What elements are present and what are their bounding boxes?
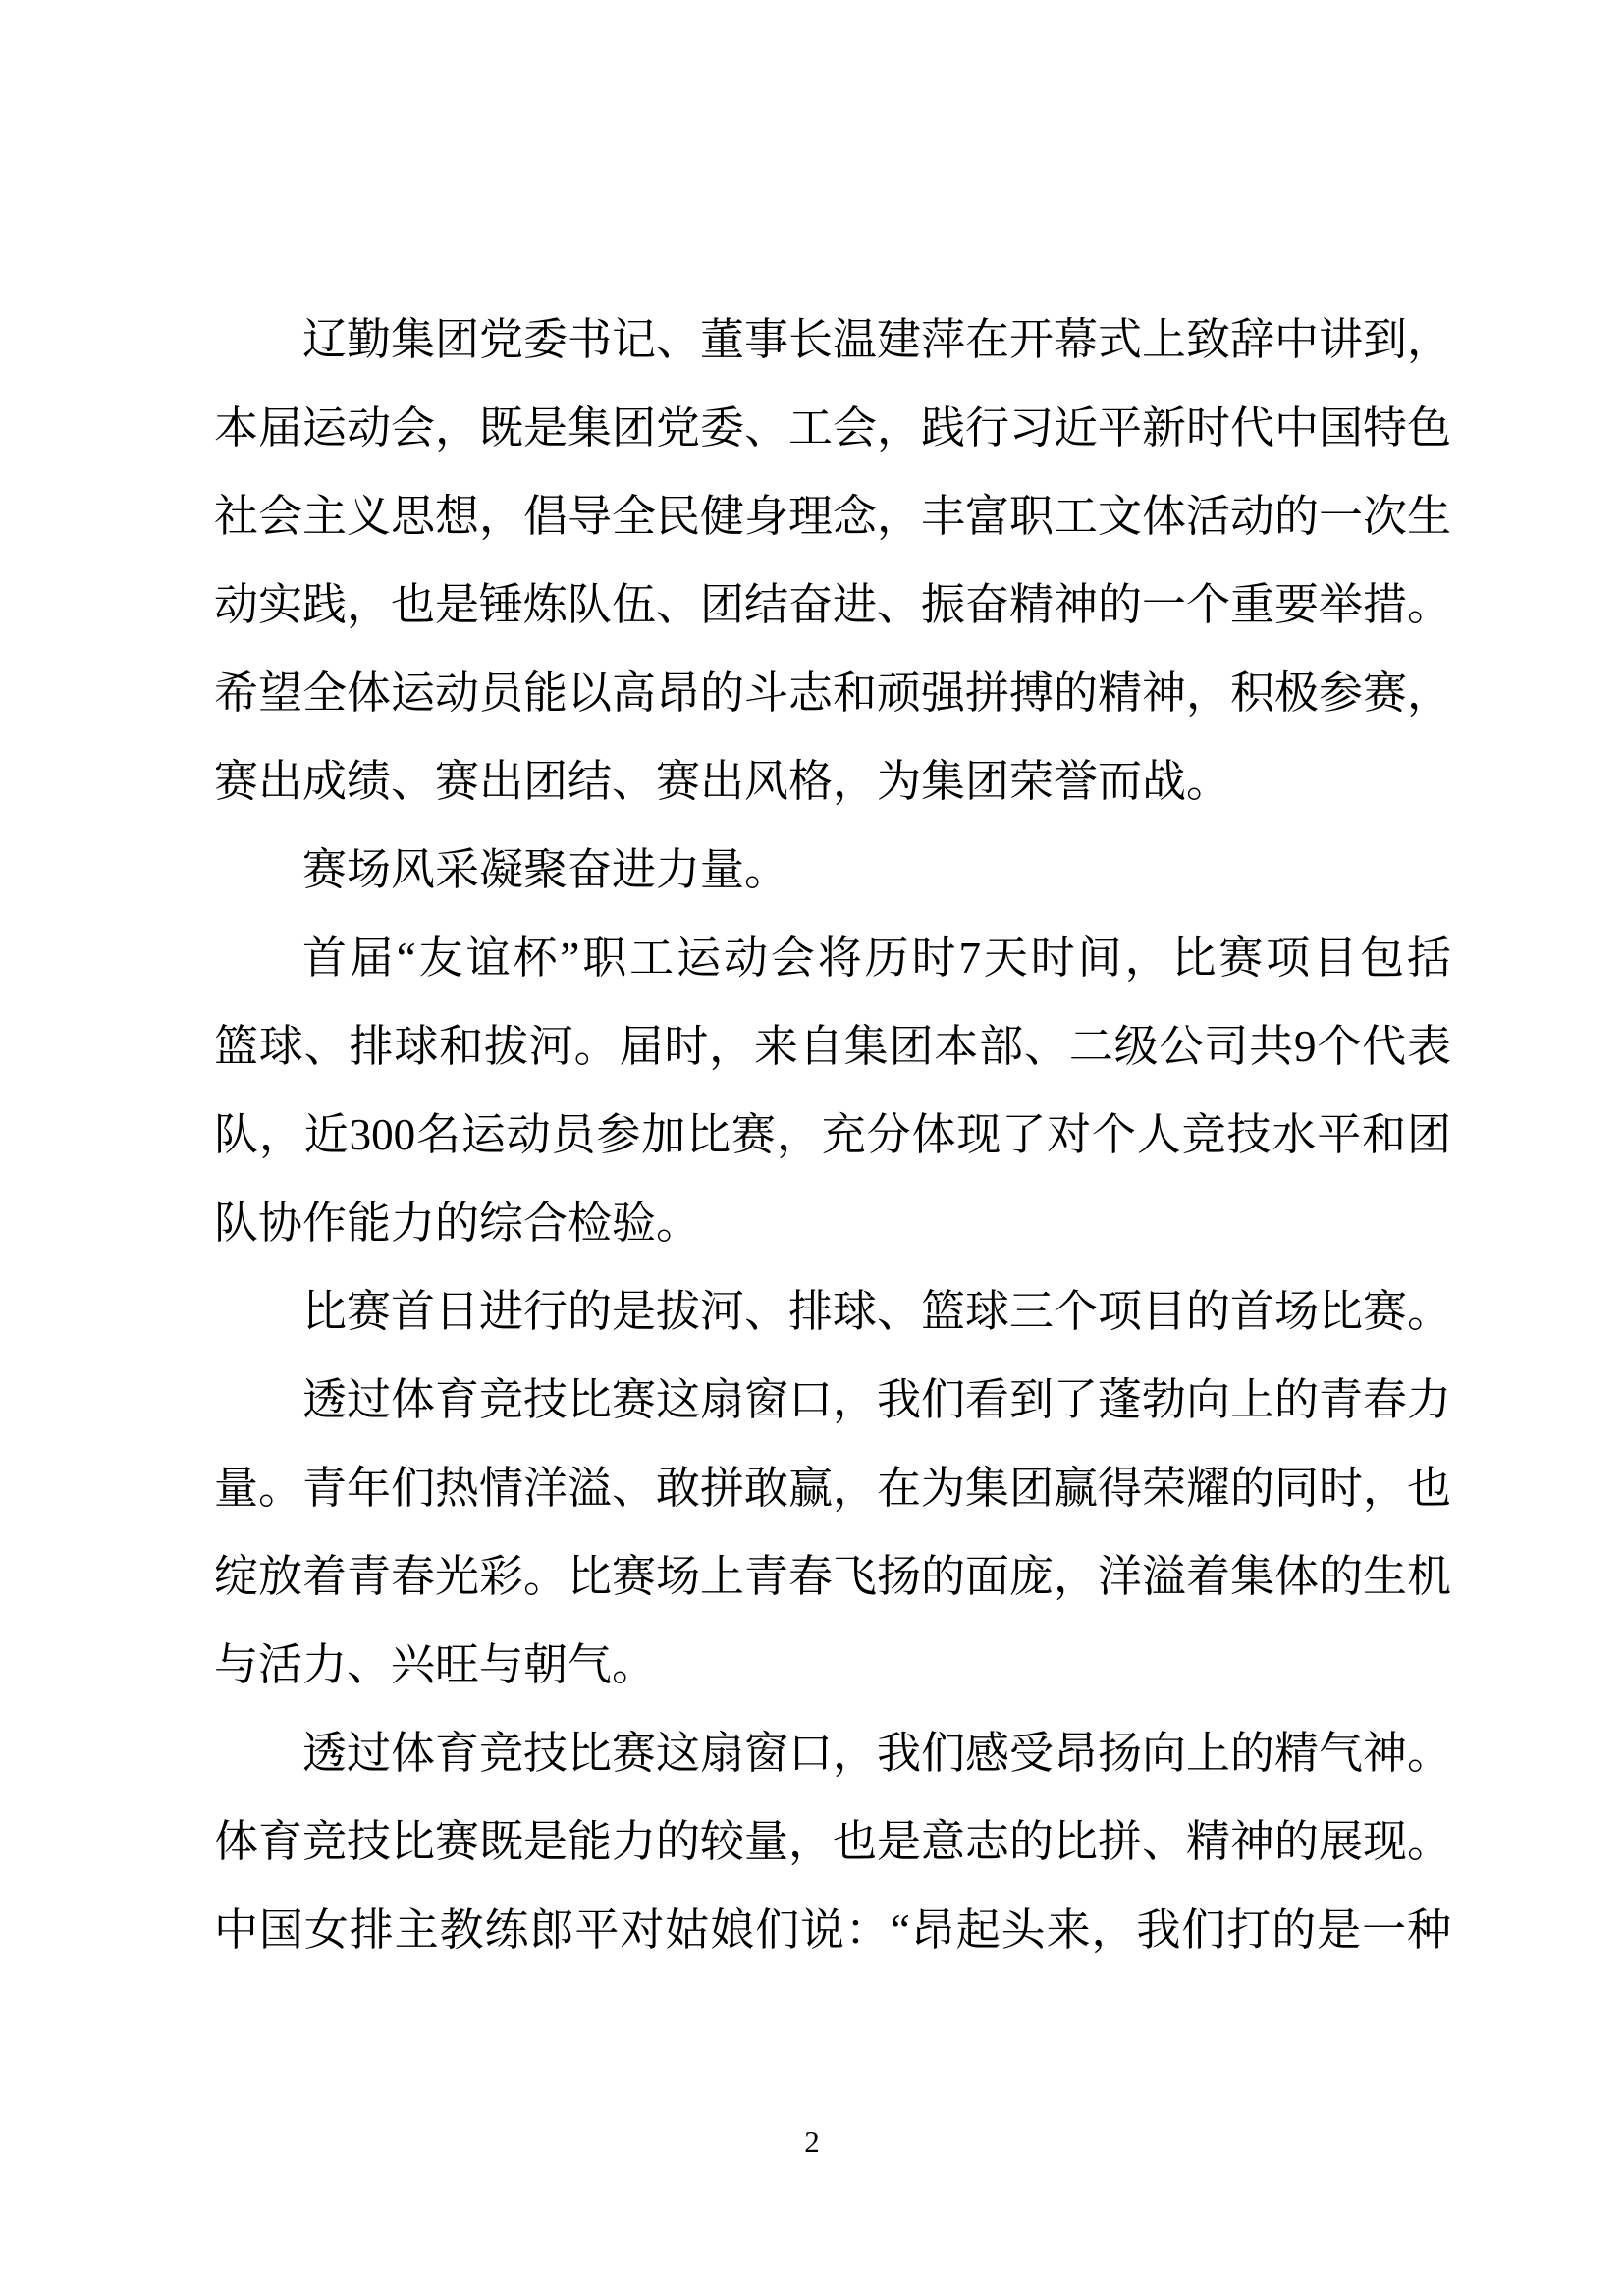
- text-line: 体育竞技比赛既是能力的较量，也是意志的比拼、精神的展现。: [214, 1797, 1451, 1886]
- text-line: 本届运动会，既是集团党委、工会，践行习近平新时代中国特色: [214, 384, 1451, 472]
- text-line: 透过体育竞技比赛这扇窗口，我们看到了蓬勃向上的青春力: [214, 1356, 1451, 1444]
- text-line: 动实践，也是锤炼队伍、团结奋进、振奋精神的一个重要举措。: [214, 561, 1451, 649]
- text-line: 队，近300名运动员参加比赛，充分体现了对个人竞技水平和团: [214, 1091, 1451, 1179]
- text-line: 社会主义思想，倡导全民健身理念，丰富职工文体活动的一次生: [214, 472, 1451, 561]
- text-line: 与活力、兴旺与朝气。: [214, 1621, 1451, 1709]
- text-line: 辽勤集团党委书记、董事长温建萍在开幕式上致辞中讲到，: [214, 295, 1451, 384]
- document-page: 辽勤集团党委书记、董事长温建萍在开幕式上致辞中讲到， 本届运动会，既是集团党委、…: [0, 0, 1624, 2296]
- text-line: 首届“友谊杯”职工运动会将历时7天时间，比赛项目包括: [214, 914, 1451, 1002]
- text-line: 队协作能力的综合检验。: [214, 1179, 1451, 1267]
- text-line: 绽放着青春光彩。比赛场上青春飞扬的面庞，洋溢着集体的生机: [214, 1532, 1451, 1621]
- text-line: 赛出成绩、赛出团结、赛出风格，为集团荣誉而战。: [214, 737, 1451, 826]
- text-line: 比赛首日进行的是拔河、排球、篮球三个项目的首场比赛。: [214, 1267, 1451, 1356]
- document-body: 辽勤集团党委书记、董事长温建萍在开幕式上致辞中讲到， 本届运动会，既是集团党委、…: [214, 295, 1451, 1974]
- text-line: 透过体育竞技比赛这扇窗口，我们感受昂扬向上的精气神。: [214, 1709, 1451, 1797]
- text-line: 量。青年们热情洋溢、敢拼敢赢，在为集团赢得荣耀的同时，也: [214, 1444, 1451, 1532]
- text-line: 希望全体运动员能以高昂的斗志和顽强拼搏的精神，积极参赛，: [214, 649, 1451, 737]
- text-line: 篮球、排球和拔河。届时，来自集团本部、二级公司共9个代表: [214, 1002, 1451, 1091]
- text-line: 赛场风采凝聚奋进力量。: [214, 826, 1451, 914]
- text-line: 中国女排主教练郎平对姑娘们说：“昂起头来，我们打的是一种: [214, 1886, 1451, 1974]
- page-number: 2: [0, 2120, 1624, 2163]
